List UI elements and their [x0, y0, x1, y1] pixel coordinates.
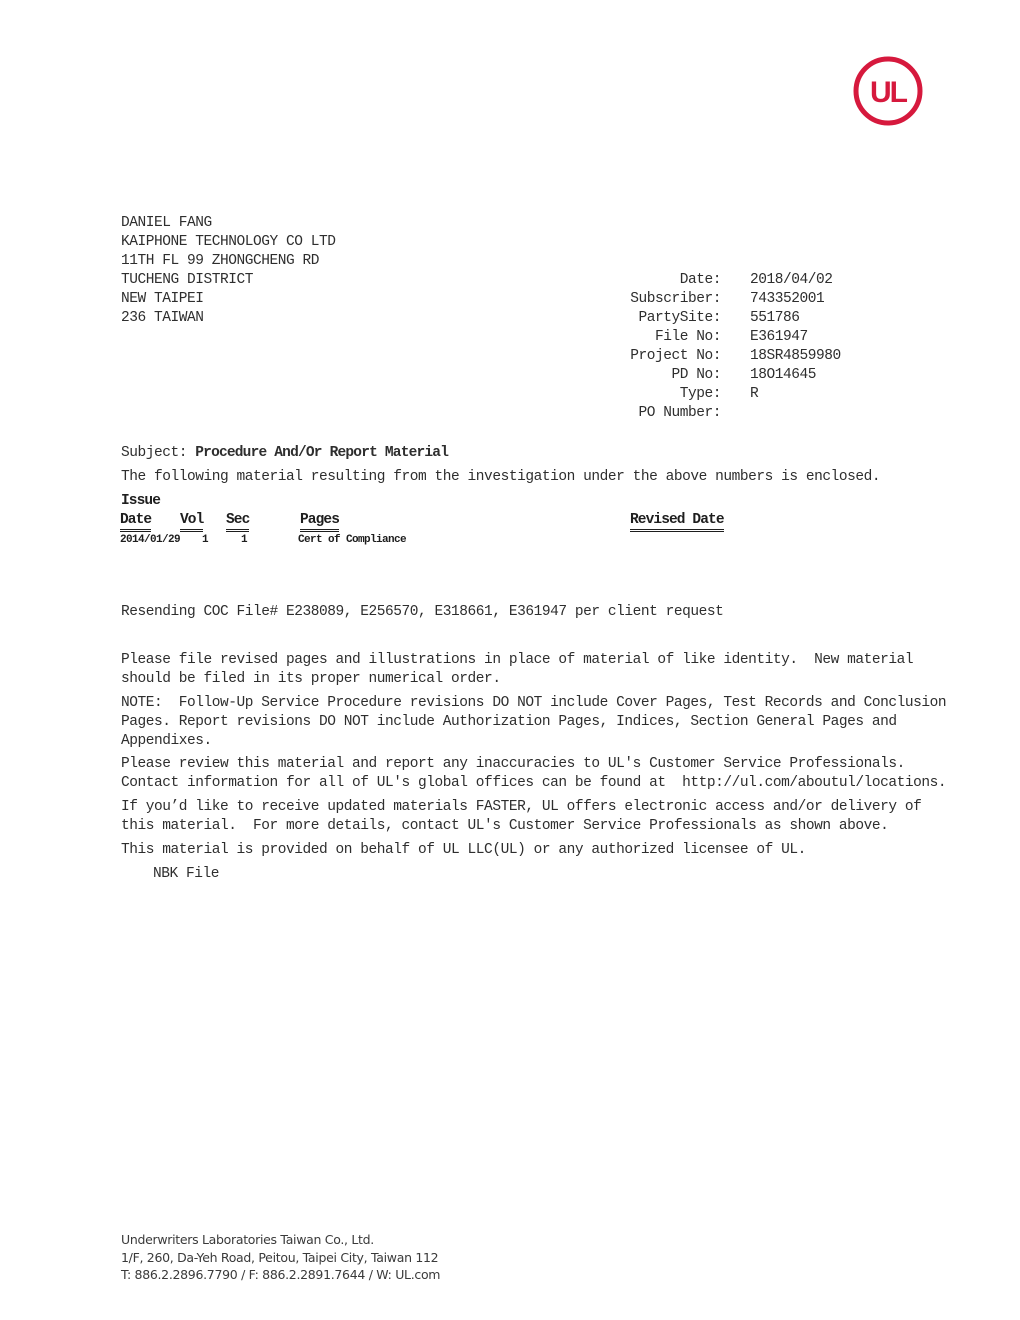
ref-label: Project No: — [600, 347, 721, 366]
issue-group-label: Issue — [121, 493, 160, 509]
cell-sec: 1 — [241, 534, 247, 546]
subject-title: Procedure And/Or Report Material — [195, 445, 448, 461]
address-line: DANIEL FANG — [121, 214, 336, 233]
ref-value: 18SR4859980 — [750, 347, 841, 366]
column-header-sec: Sec — [226, 512, 249, 532]
ref-po-number: PO Number: — [600, 404, 841, 423]
ref-label: Subscriber: — [600, 290, 721, 309]
ref-pd-no: PD No: 18O14645 — [600, 366, 841, 385]
recipient-address: DANIEL FANG KAIPHONE TECHNOLOGY CO LTD 1… — [121, 214, 336, 328]
address-line: 11TH FL 99 ZHONGCHENG RD — [121, 252, 336, 271]
footer-street: 1/F, 260, Da-Yeh Road, Peitou, Taipei Ci… — [121, 1249, 440, 1267]
reference-block: Date: 2018/04/02 Subscriber: 743352001 P… — [600, 271, 841, 423]
paragraph-licensee: This material is provided on behalf of U… — [121, 841, 806, 860]
ref-subscriber: Subscriber: 743352001 — [600, 290, 841, 309]
ref-type: Type: R — [600, 385, 841, 404]
logo-text: UL — [870, 76, 908, 109]
ref-label: PO Number: — [600, 404, 721, 423]
column-header-date: Date — [120, 512, 151, 532]
footer-company: Underwriters Laboratories Taiwan Co., Lt… — [121, 1231, 440, 1249]
cell-vol: 1 — [202, 534, 208, 546]
footer-contact: T: 886.2.2896.7790 / F: 886.2.2891.7644 … — [121, 1266, 440, 1284]
address-line: NEW TAIPEI — [121, 290, 336, 309]
cell-date: 2014/01/29 — [120, 534, 180, 546]
ref-value: E361947 — [750, 328, 808, 347]
paragraph-electronic-access: If you’d like to receive updated materia… — [121, 798, 921, 836]
resend-note: Resending COC File# E238089, E256570, E3… — [121, 603, 723, 622]
ref-value: 743352001 — [750, 290, 824, 309]
ref-label: Date: — [600, 271, 721, 290]
ref-label: PartySite: — [600, 309, 721, 328]
ref-project-no: Project No: 18SR4859980 — [600, 347, 841, 366]
ref-label: PD No: — [600, 366, 721, 385]
nbk-file-note: NBK File — [153, 865, 219, 884]
subject-line: Subject: Procedure And/Or Report Materia… — [121, 445, 448, 461]
address-line: KAIPHONE TECHNOLOGY CO LTD — [121, 233, 336, 252]
subject-label: Subject: — [121, 445, 195, 461]
ref-file-no: File No: E361947 — [600, 328, 841, 347]
column-header-pages: Pages — [300, 512, 339, 532]
cell-pages: Cert of Compliance — [298, 534, 406, 546]
address-line: 236 TAIWAN — [121, 309, 336, 328]
address-line: TUCHENG DISTRICT — [121, 271, 336, 290]
ref-value: 18O14645 — [750, 366, 816, 385]
paragraph-filing-instructions: Please file revised pages and illustrati… — [121, 651, 913, 689]
paragraph-review: Please review this material and report a… — [121, 755, 946, 793]
ref-partysite: PartySite: 551786 — [600, 309, 841, 328]
ref-value: R — [750, 385, 758, 404]
ul-logo-icon: UL — [852, 55, 924, 127]
column-header-revised-date: Revised Date — [630, 512, 724, 532]
ref-value: 551786 — [750, 309, 800, 328]
ref-date: Date: 2018/04/02 — [600, 271, 841, 290]
column-header-vol: Vol — [180, 512, 203, 532]
ref-label: Type: — [600, 385, 721, 404]
ref-value: 2018/04/02 — [750, 271, 833, 290]
ref-label: File No: — [600, 328, 721, 347]
paragraph-note: NOTE: Follow-Up Service Procedure revisi… — [121, 694, 946, 751]
intro-text: The following material resulting from th… — [121, 469, 880, 485]
footer-address: Underwriters Laboratories Taiwan Co., Lt… — [121, 1231, 440, 1284]
